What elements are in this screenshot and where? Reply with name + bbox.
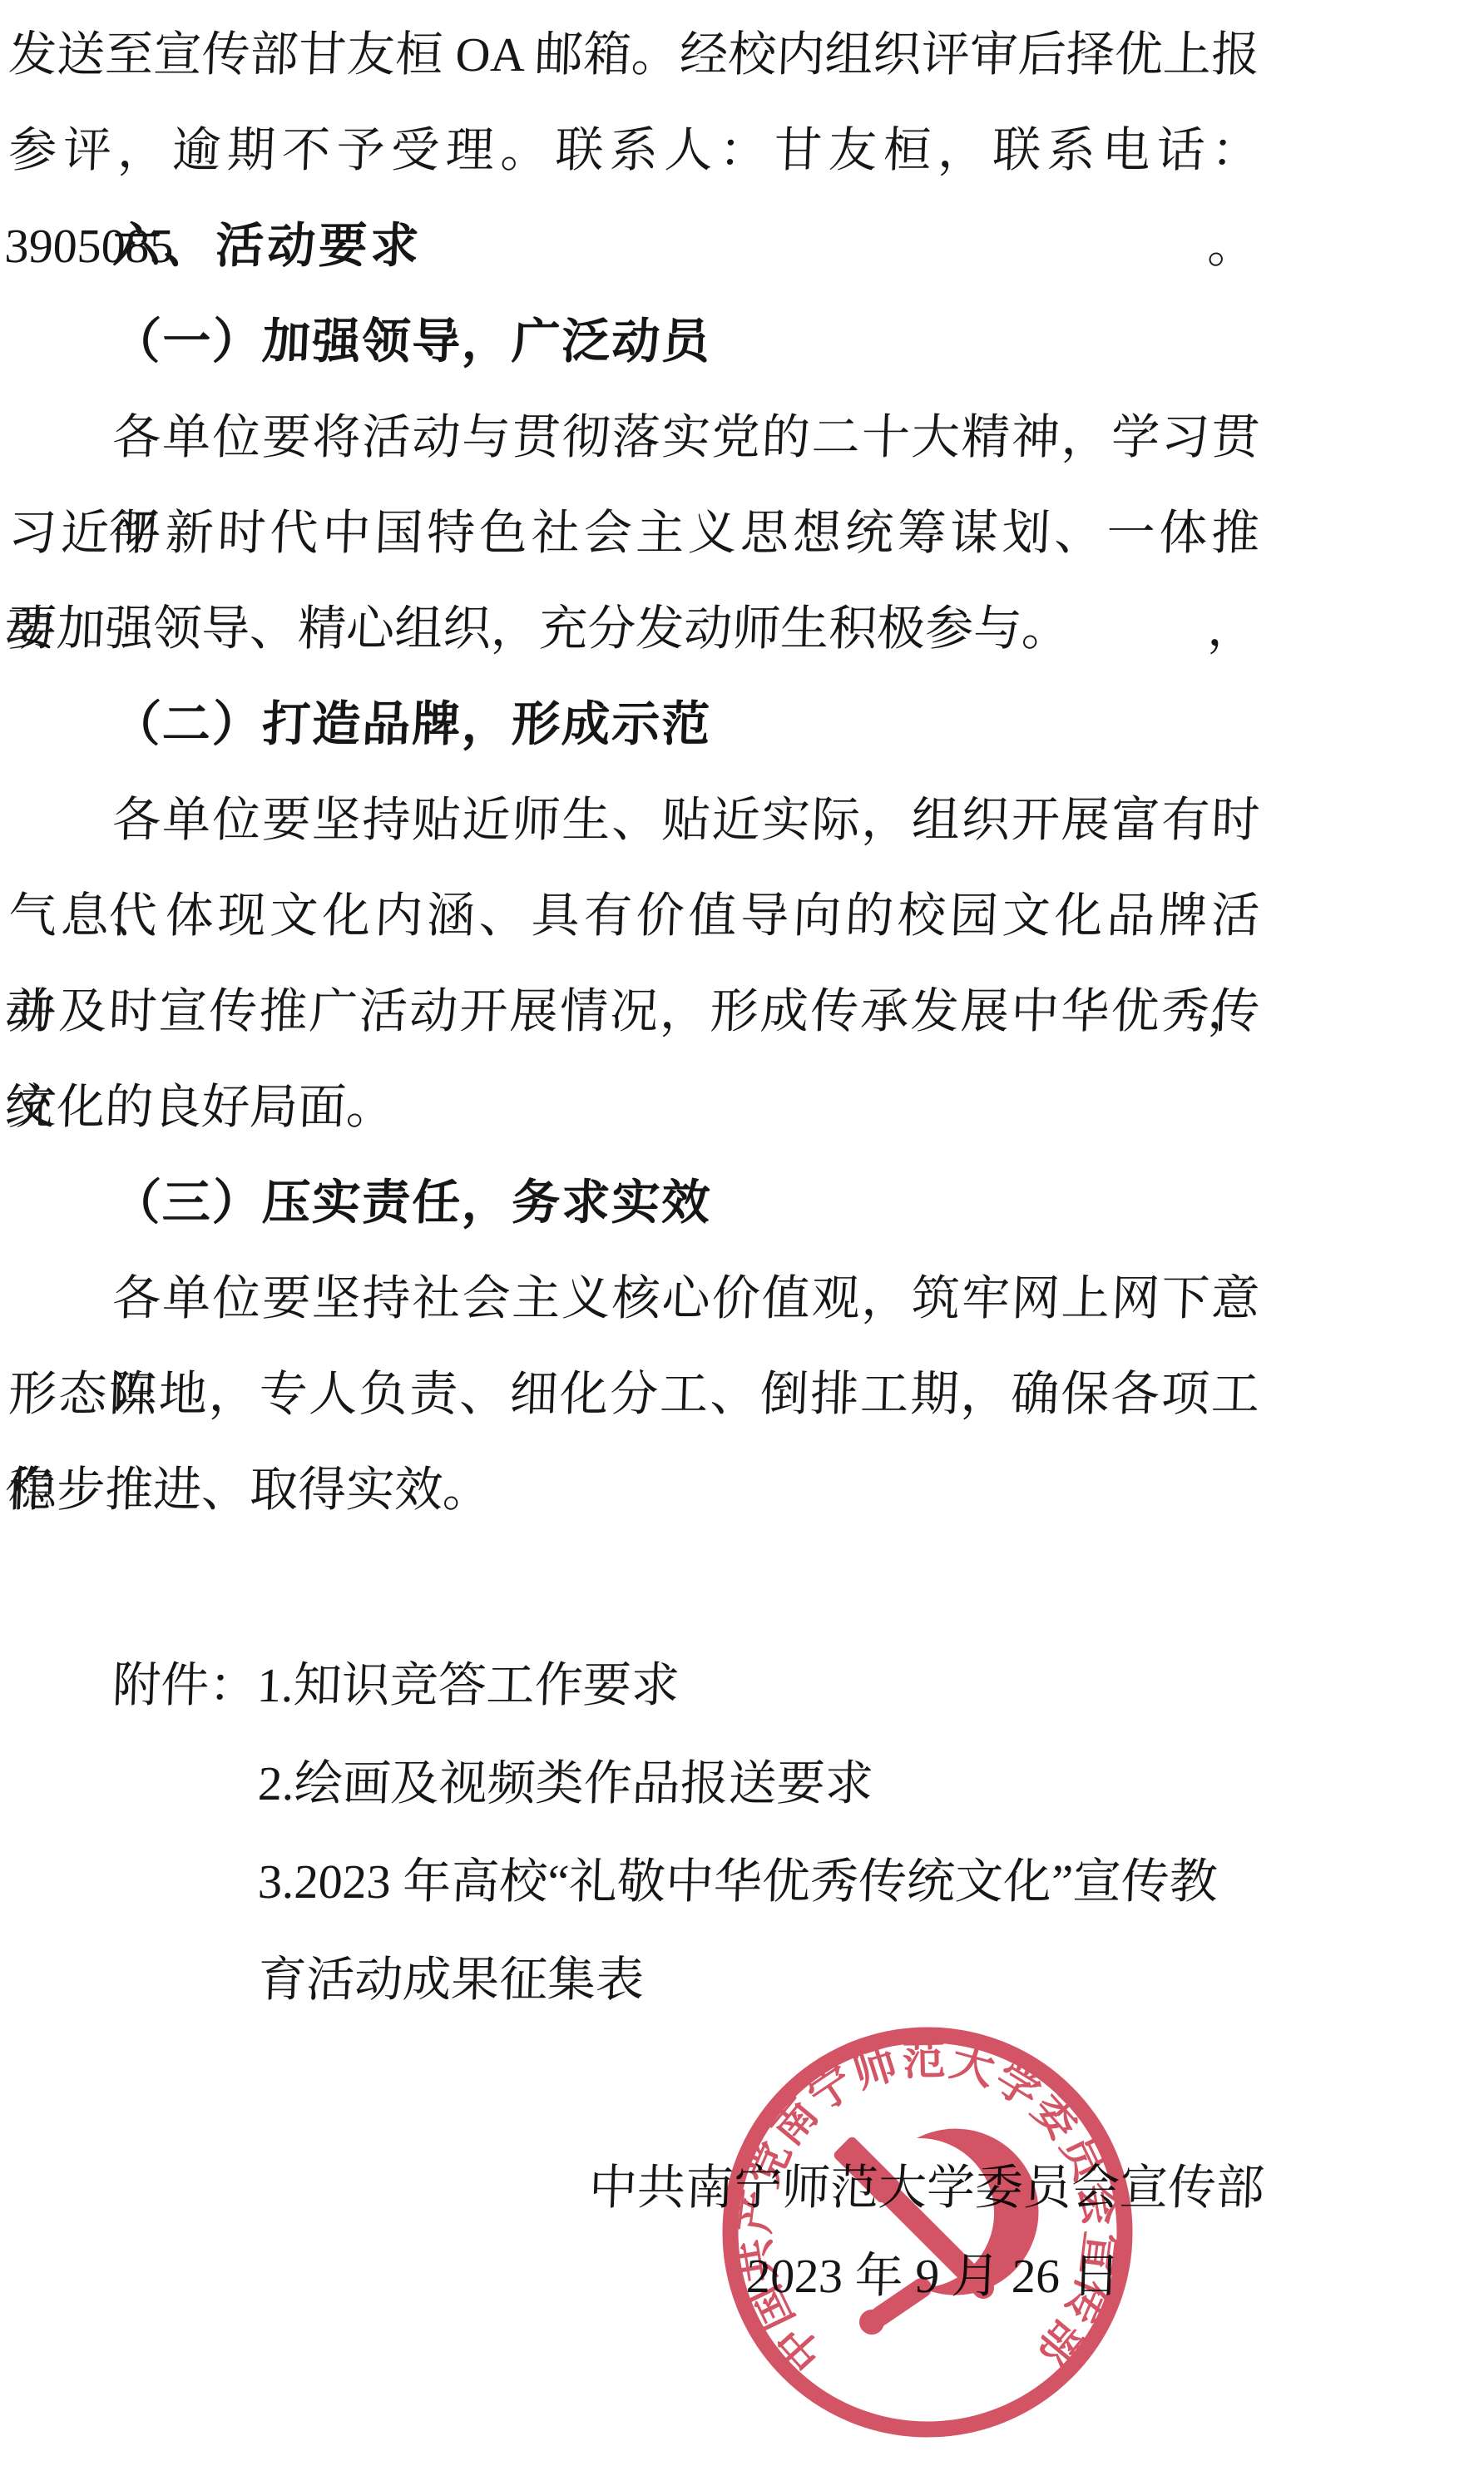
- attachment-line: 3.2023 年高校“礼敬中华优秀传统文化”宣传教: [7, 1833, 1262, 1931]
- attachment-line: 附件：1.知识竞答工作要求: [7, 1637, 1262, 1735]
- body-line: 稳步推进、取得实效。: [7, 1442, 1261, 1538]
- sub-heading: （二）打造品牌，形成示范: [7, 676, 1261, 772]
- body-line: 形态阵地，专人负责、细化分工、倒排工期，确保各项工作: [7, 1346, 1261, 1442]
- body-line: 各单位要将活动与贯彻落实党的二十大精神，学习贯彻: [7, 389, 1261, 485]
- attachments-block: 附件：1.知识竞答工作要求 2.绘画及视频类作品报送要求 3.2023 年高校“…: [7, 1637, 1258, 2029]
- body-line: 并及时宣传推广活动开展情况，形成传承发展中华优秀传统: [7, 963, 1261, 1059]
- body-line: 文化的良好局面。: [7, 1059, 1261, 1155]
- sub-heading: （一）加强领导，广泛动员: [7, 294, 1261, 389]
- attachments-label: 附件：: [111, 1658, 259, 1712]
- body-line: 各单位要坚持贴近师生、贴近实际，组织开展富有时代: [7, 772, 1261, 868]
- body-line: 发送至宣传部甘友桓 OA 邮箱。经校内组织评审后择优上报: [7, 7, 1261, 102]
- body-line: 习近平新时代中国特色社会主义思想统筹谋划、一体推动，: [7, 485, 1261, 581]
- body-line: 要加强领导、精心组织，充分发动师生积极参与。: [7, 581, 1261, 676]
- attachment-item: 1.知识竞答工作要求: [256, 1658, 680, 1712]
- attachment-line: 2.绘画及视频类作品报送要求: [7, 1735, 1262, 1833]
- section-heading: 六、活动要求: [7, 198, 1261, 294]
- body-line: 气息、体现文化内涵、具有价值导向的校园文化品牌活动，: [7, 868, 1261, 963]
- body-line: 参评，逾期不予受理。联系人：甘友桓，联系电话：3905085。: [7, 102, 1261, 198]
- official-seal: 中国共产党南宁师范大学委员会宣传部: [707, 2012, 1148, 2453]
- sub-heading: （三）压实责任，务求实效: [7, 1155, 1261, 1250]
- document-body: 发送至宣传部甘友桓 OA 邮箱。经校内组织评审后择优上报 参评，逾期不予受理。联…: [7, 7, 1258, 1538]
- hammer-sickle-icon: [832, 2129, 1038, 2335]
- scanned-document-page: 发送至宣传部甘友桓 OA 邮箱。经校内组织评审后择优上报 参评，逾期不予受理。联…: [0, 0, 1484, 2471]
- body-line: 各单位要坚持社会主义核心价值观，筑牢网上网下意识: [7, 1250, 1261, 1346]
